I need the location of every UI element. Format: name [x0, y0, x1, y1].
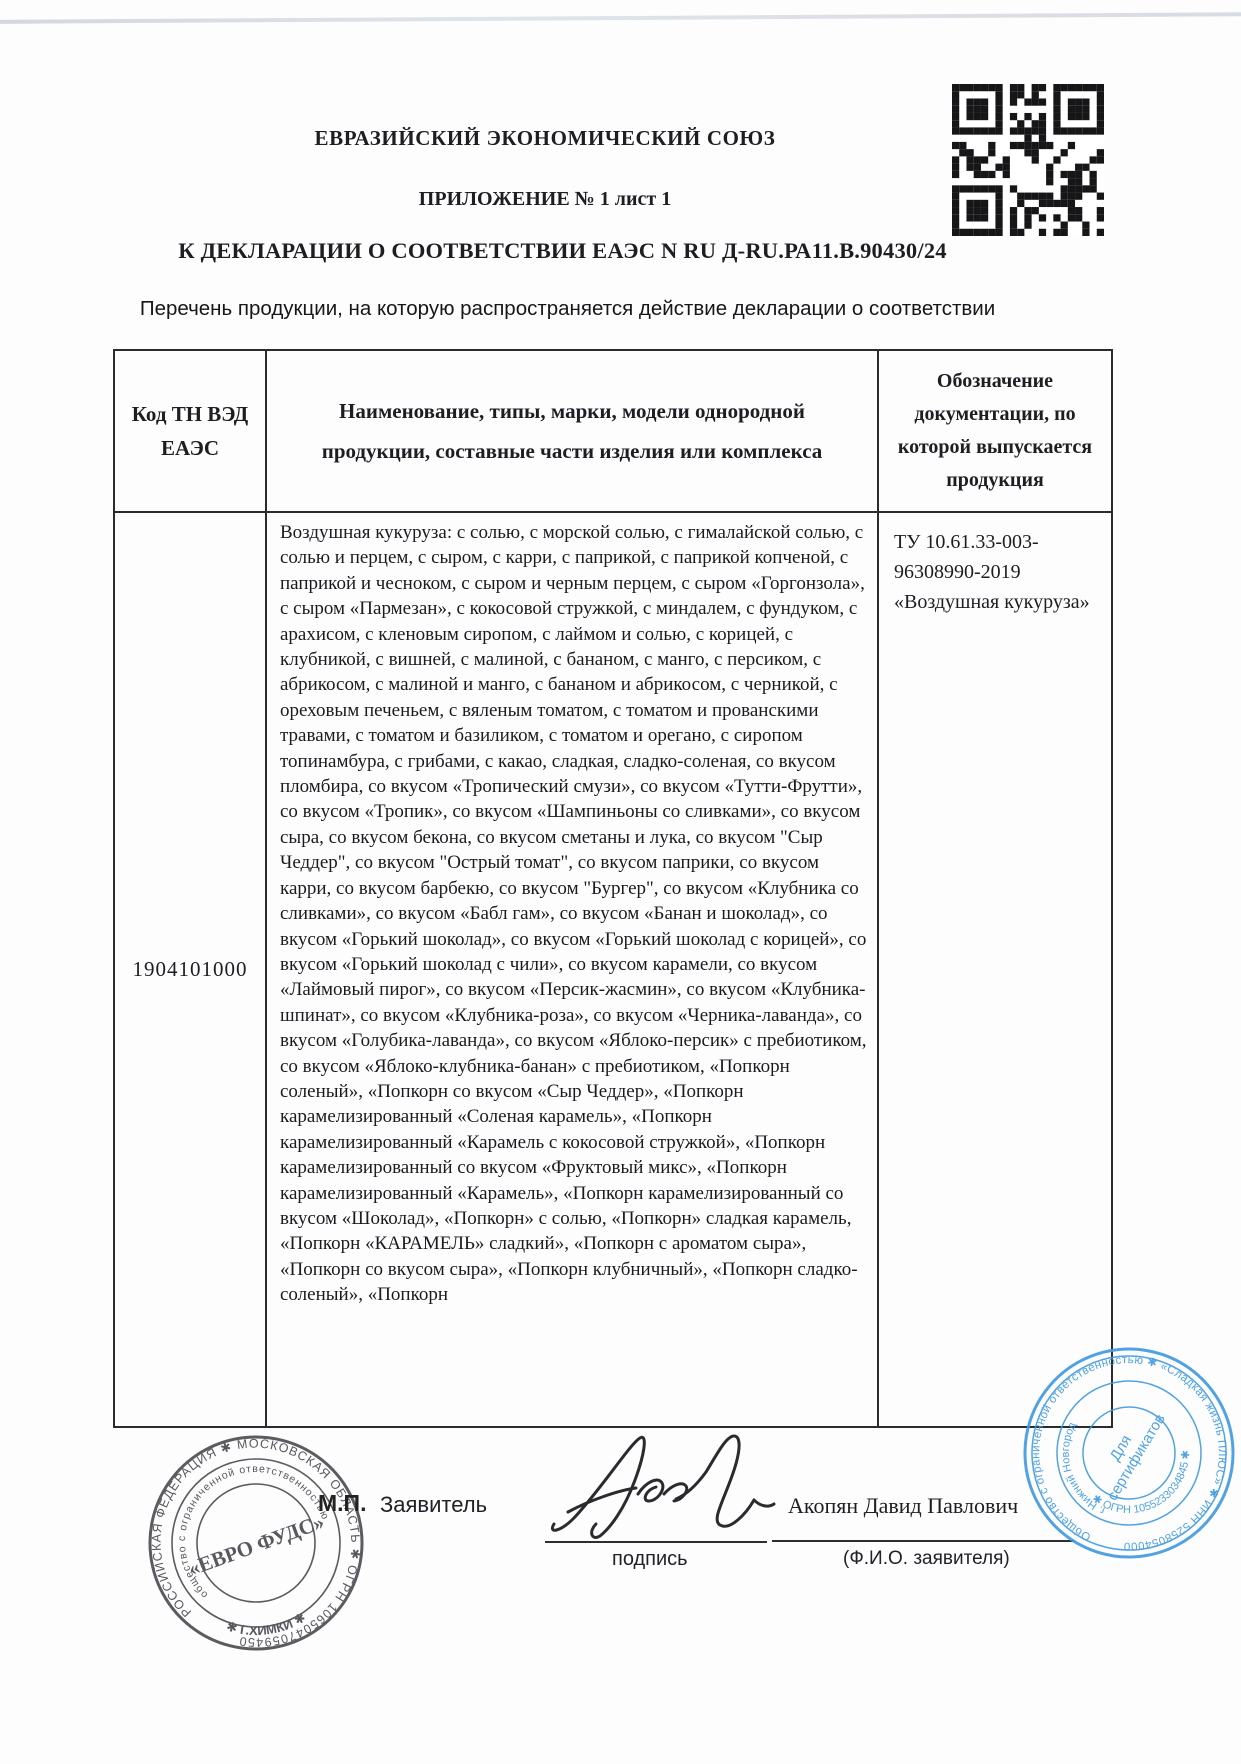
signature-caption: подпись — [612, 1548, 688, 1571]
cell-tnved-code: 1904101000 — [115, 513, 267, 1426]
stamp-black-center-text: «ЕВРО ФУДС» — [185, 1509, 327, 1580]
annex-line: ПРИЛОЖЕНИЕ № 1 лист 1 — [0, 188, 1090, 211]
name-line — [772, 1540, 1074, 1542]
column-header-documentation: Обозначение документации, по которой вып… — [879, 351, 1111, 513]
scan-edge-artifact — [0, 12, 1241, 24]
qr-code-icon — [952, 84, 1104, 236]
column-header-code: Код ТН ВЭД ЕАЭС — [115, 351, 267, 513]
scanned-declaration-page: { "header": { "org_line": "ЕВРАЗИЙСКИЙ Э… — [0, 0, 1241, 1764]
applicant-name: Акопян Давид Павлович — [788, 1493, 1018, 1519]
stamp-place-label: М.П. — [318, 1490, 366, 1517]
cell-documentation: ТУ 10.61.33-003-96308990-2019 «Воздушная… — [879, 513, 1111, 1426]
signature — [540, 1428, 780, 1548]
cell-products-list: Воздушная кукуруза: с солью, с морской с… — [267, 513, 879, 1426]
company-stamp-black: РОССИЙСКАЯ ФЕДЕРАЦИЯ ✱ МОСКОВСКАЯ ОБЛАСТ… — [130, 1415, 382, 1671]
declaration-number-line: К ДЕКЛАРАЦИИ О СООТВЕТСТВИИ ЕАЭС N RU Д-… — [0, 238, 1125, 264]
page-title: ЕВРАЗИЙСКИЙ ЭКОНОМИЧЕСКИЙ СОЮЗ — [0, 126, 1090, 151]
products-list-subtitle: Перечень продукции, на которую распростр… — [0, 297, 1135, 321]
name-caption: (Ф.И.О. заявителя) — [843, 1548, 1010, 1570]
signature-line — [545, 1541, 767, 1543]
applicant-label: Заявитель — [380, 1492, 487, 1518]
products-table: Код ТН ВЭД ЕАЭС Наименование, типы, марк… — [113, 349, 1113, 1428]
column-header-products: Наименование, типы, марки, модели одноро… — [267, 351, 879, 513]
